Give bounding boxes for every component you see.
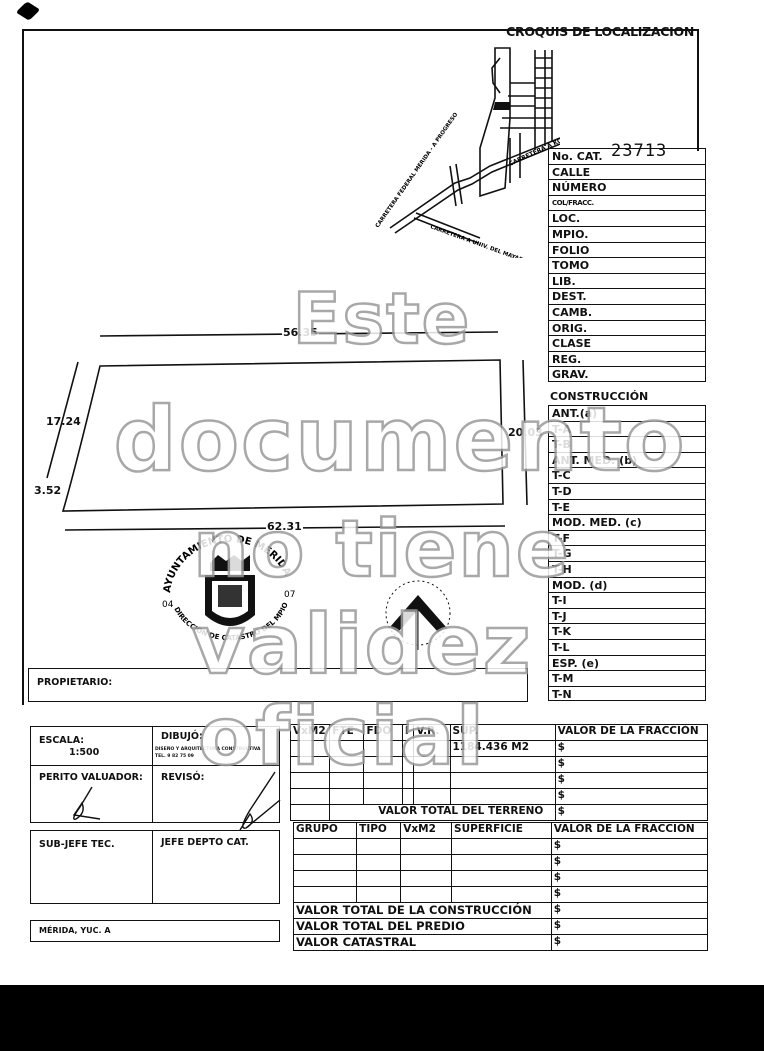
table-row: $: [291, 757, 708, 773]
construccion-cell[interactable]: [294, 887, 357, 903]
construccion-cell[interactable]: [357, 871, 401, 887]
construccion-cell[interactable]: [294, 871, 357, 887]
table-row: $: [291, 773, 708, 789]
construccion-header: VxM2: [401, 823, 452, 839]
table-row: $: [294, 871, 708, 887]
plot-drawing: [0, 0, 764, 720]
terreno-total-label: VALOR TOTAL DEL TERRENO: [330, 805, 555, 821]
plot-west-lower-dimension: 3.52: [34, 484, 61, 497]
perito-label: PERITO VALUADOR:: [39, 772, 143, 783]
terreno-cell[interactable]: [414, 773, 450, 789]
terreno-cell[interactable]: [330, 789, 364, 805]
terreno-cell[interactable]: [414, 789, 450, 805]
construccion-cell[interactable]: [452, 887, 552, 903]
subjefe-label: SUB-JEFE TEC.: [39, 839, 115, 850]
construccion-total-label: VALOR TOTAL DE LA CONSTRUCCIÓN: [294, 903, 552, 919]
terreno-cell[interactable]: [402, 789, 413, 805]
construccion-header: TIPO: [357, 823, 401, 839]
table-row: $: [294, 839, 708, 855]
table-row: $: [294, 855, 708, 871]
escala-value: 1:500: [69, 747, 99, 758]
construccion-cell[interactable]: [452, 839, 552, 855]
svg-text:04: 04: [162, 600, 174, 610]
table-row: $: [294, 887, 708, 903]
terreno-total-blank: [291, 805, 330, 821]
construccion-cell[interactable]: [401, 839, 452, 855]
terreno-total-value[interactable]: $: [555, 805, 707, 821]
terreno-cell[interactable]: [364, 789, 402, 805]
dibujo-cell: DIBUJÓ: DISEÑO Y ARQUITECTURA CONSTRUCTI…: [152, 726, 280, 766]
terreno-cell[interactable]: [450, 757, 555, 773]
construccion-cell[interactable]: [401, 887, 452, 903]
terreno-cell[interactable]: [414, 757, 450, 773]
terreno-cell[interactable]: [402, 773, 413, 789]
construccion-value-table: GRUPOTIPOVxM2SUPERFICIEVALOR DE LA FRACC…: [293, 822, 708, 951]
svg-text:07: 07: [284, 590, 295, 600]
construccion-cell[interactable]: $: [551, 887, 707, 903]
terreno-table: VxM2FTEFDOIV.R.SUP.VALOR DE LA FRACCIÓN1…: [290, 724, 708, 821]
construccion-cell[interactable]: $: [551, 839, 707, 855]
signature-perito: [60, 785, 110, 825]
dibujo-label: DIBUJÓ:: [161, 731, 203, 742]
municipal-seal: AYUNTAMIENTO DE MERIDA DIRECCION DE CATA…: [150, 525, 310, 655]
jefe-label: JEFE DEPTO CAT.: [161, 837, 249, 848]
construccion-total-label: VALOR TOTAL DEL PREDIO: [294, 919, 552, 935]
construccion-cell[interactable]: $: [551, 855, 707, 871]
terreno-cell[interactable]: [291, 741, 330, 757]
construccion-cell[interactable]: [357, 887, 401, 903]
dibujo-phone: TEL. 9 82 75 09: [155, 754, 194, 759]
construccion-cell[interactable]: $: [551, 871, 707, 887]
scan-black-border: [0, 985, 764, 1051]
plot-west-upper-dimension: 17.24: [46, 415, 81, 428]
terreno-cell[interactable]: [364, 757, 402, 773]
terreno-cell[interactable]: 1184.436 M2: [450, 741, 555, 757]
terreno-header: SUP.: [450, 725, 555, 741]
terreno-cell[interactable]: [291, 773, 330, 789]
terreno-cell[interactable]: [364, 741, 402, 757]
escala-cell: ESCALA: 1:500: [30, 726, 153, 766]
construccion-total-value[interactable]: $: [551, 919, 707, 935]
construccion-total-value[interactable]: $: [551, 935, 707, 951]
dibujo-company: DISEÑO Y ARQUITECTURA CONSTRUCTIVA: [155, 747, 261, 752]
table-row: 1184.436 M2$: [291, 741, 708, 757]
construccion-total-value[interactable]: $: [551, 903, 707, 919]
lugar-fecha-field[interactable]: MÉRIDA, YUC. A: [30, 920, 280, 942]
construccion-total-label: VALOR CATASTRAL: [294, 935, 552, 951]
subjefe-cell: SUB-JEFE TEC.: [30, 830, 153, 904]
construccion-cell[interactable]: [357, 855, 401, 871]
construccion-cell[interactable]: [294, 839, 357, 855]
construccion-header: SUPERFICIE: [452, 823, 552, 839]
terreno-header: FDO: [364, 725, 402, 741]
construccion-header: GRUPO: [294, 823, 357, 839]
terreno-header: FTE: [330, 725, 364, 741]
terreno-cell[interactable]: $: [555, 757, 707, 773]
terreno-cell[interactable]: [330, 773, 364, 789]
terreno-cell[interactable]: $: [555, 741, 707, 757]
table-row: $: [291, 789, 708, 805]
plot-east-dimension: 20.03: [508, 426, 543, 439]
escala-label: ESCALA:: [39, 735, 84, 746]
construccion-cell[interactable]: [357, 839, 401, 855]
terreno-cell[interactable]: [402, 741, 413, 757]
terreno-header: I: [402, 725, 413, 741]
terreno-cell[interactable]: [291, 757, 330, 773]
terreno-cell[interactable]: [291, 789, 330, 805]
construccion-cell[interactable]: [401, 871, 452, 887]
construccion-header: VALOR DE LA FRACCIÓN: [551, 823, 707, 839]
plot-north-dimension: 56.35: [282, 326, 319, 339]
terreno-cell[interactable]: [330, 741, 364, 757]
terreno-header: VALOR DE LA FRACCIÓN: [555, 725, 707, 741]
lugar-label: MÉRIDA, YUC. A: [39, 926, 111, 935]
terreno-header: V.R.: [414, 725, 450, 741]
construccion-cell[interactable]: [294, 855, 357, 871]
terreno-cell[interactable]: [414, 741, 450, 757]
terreno-cell[interactable]: [402, 757, 413, 773]
construccion-cell[interactable]: [401, 855, 452, 871]
terreno-cell[interactable]: [450, 773, 555, 789]
construccion-cell[interactable]: [452, 855, 552, 871]
terreno-cell[interactable]: $: [555, 789, 707, 805]
propietario-field[interactable]: PROPIETARIO:: [28, 668, 528, 702]
terreno-cell[interactable]: [450, 789, 555, 805]
reviso-label: REVISÓ:: [161, 772, 204, 783]
terreno-cell[interactable]: [330, 757, 364, 773]
construccion-cell[interactable]: [452, 871, 552, 887]
jefe-depto-cell: JEFE DEPTO CAT.: [152, 830, 280, 904]
propietario-label: PROPIETARIO:: [37, 677, 112, 688]
terreno-cell[interactable]: [364, 773, 402, 789]
terreno-header: VxM2: [291, 725, 330, 741]
terreno-cell[interactable]: $: [555, 773, 707, 789]
